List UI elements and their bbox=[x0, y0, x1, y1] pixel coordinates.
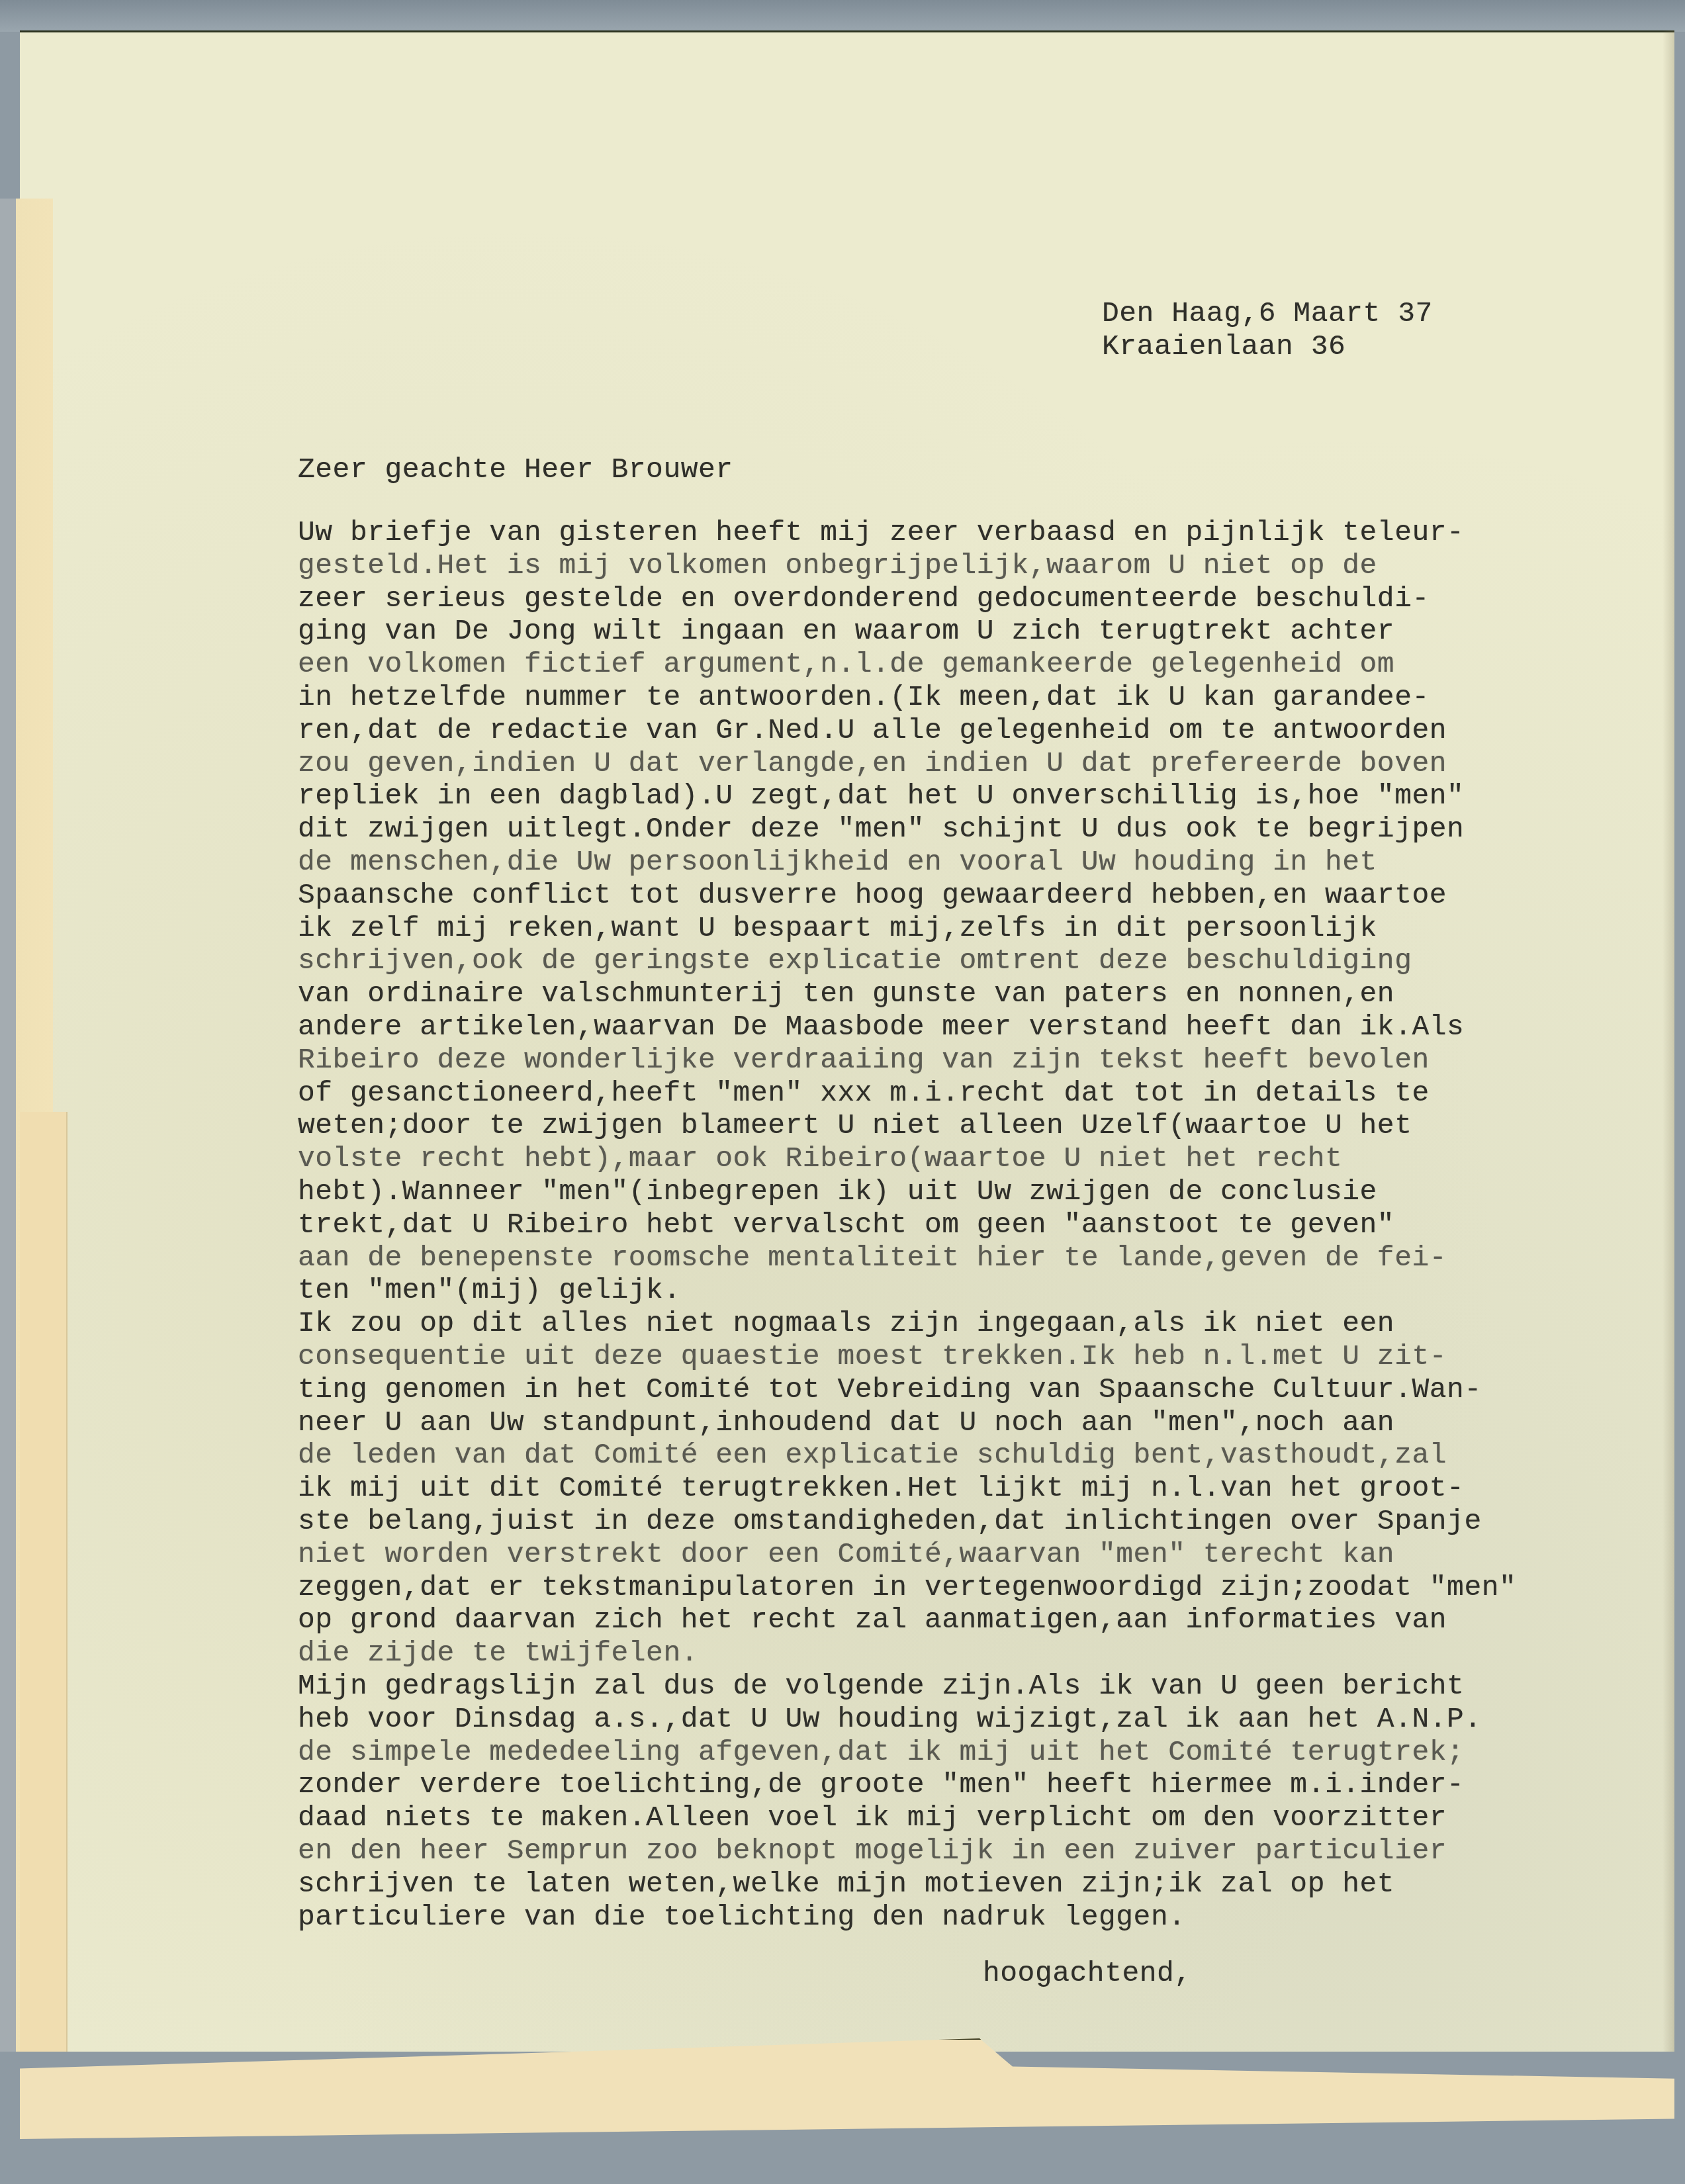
body-line: de menschen,die Uw persoonlijkheid en vo… bbox=[298, 848, 1377, 876]
body-line: repliek in een dagblad).U zegt,dat het U… bbox=[298, 782, 1464, 810]
place-date: Den Haag,6 Maart 37 bbox=[1102, 299, 1433, 328]
body-line: Ribeiro deze wonderlijke verdraaiing van… bbox=[298, 1046, 1430, 1074]
salutation: Zeer geachte Heer Brouwer bbox=[298, 455, 733, 484]
body-line: of gesanctioneerd,heeft "men" xxx m.i.re… bbox=[298, 1079, 1430, 1107]
body-line: zou geven,indien U dat verlangde,en indi… bbox=[298, 749, 1447, 778]
body-line: ste belang,juist in deze omstandigheden,… bbox=[298, 1507, 1482, 1535]
body-line: ren,dat de redactie van Gr.Ned.U alle ge… bbox=[298, 716, 1447, 745]
body-line: aan de benepenste roomsche mentaliteit h… bbox=[298, 1244, 1447, 1272]
body-line: andere artikelen,waarvan De Maasbode mee… bbox=[298, 1013, 1464, 1041]
body-line: zeer serieus gestelde en overdonderend g… bbox=[298, 584, 1430, 613]
body-line: daad niets te maken.Alleen voel ik mij v… bbox=[298, 1803, 1447, 1832]
body-line: niet worden verstrekt door een Comité,wa… bbox=[298, 1540, 1394, 1569]
body-line: zeggen,dat er tekstmanipulatoren in vert… bbox=[298, 1573, 1516, 1602]
body-line: ging van De Jong wilt ingaan en waarom U… bbox=[298, 617, 1394, 645]
body-line: hebt).Wanneer "men"(inbegrepen ik) uit U… bbox=[298, 1177, 1377, 1206]
body-line: dit zwijgen uitlegt.Onder deze "men" sch… bbox=[298, 815, 1464, 843]
body-line: ik mij uit dit Comité terugtrekken.Het l… bbox=[298, 1474, 1464, 1502]
body-line: schrijven te laten weten,welke mijn moti… bbox=[298, 1870, 1394, 1898]
body-line: op grond daarvan zich het recht zal aanm… bbox=[298, 1606, 1447, 1634]
body-line: ten "men"(mij) gelijk. bbox=[298, 1276, 681, 1304]
scan-backing-top bbox=[0, 0, 1685, 32]
body-line: en den heer Semprun zoo beknopt mogelijk… bbox=[298, 1837, 1447, 1865]
body-line: trekt,dat U Ribeiro hebt vervalscht om g… bbox=[298, 1210, 1394, 1239]
body-line: Ik zou op dit alles niet nogmaals zijn i… bbox=[298, 1309, 1394, 1338]
body-line: ik zelf mij reken,want U bespaart mij,ze… bbox=[298, 914, 1377, 942]
body-line: neer U aan Uw standpunt,inhoudend dat U … bbox=[298, 1408, 1394, 1437]
sender-address: Kraaienlaan 36 bbox=[1102, 332, 1345, 361]
body-line: Uw briefje van gisteren heeft mij zeer v… bbox=[298, 518, 1464, 547]
body-line: van ordinaire valschmunterij ten gunste … bbox=[298, 979, 1394, 1008]
body-line: gesteld.Het is mij volkomen onbegrijpeli… bbox=[298, 551, 1377, 580]
body-line: een volkomen fictief argument,n.l.de gem… bbox=[298, 650, 1394, 678]
body-line: Mijn gedragslijn zal dus de volgende zij… bbox=[298, 1672, 1464, 1700]
body-line: Spaansche conflict tot dusverre hoog gew… bbox=[298, 881, 1447, 909]
body-line: schrijven,ook de geringste explicatie om… bbox=[298, 946, 1412, 975]
body-line: weten;door te zwijgen blameert U niet al… bbox=[298, 1111, 1412, 1140]
body-line: in hetzelfde nummer te antwoorden.(Ik me… bbox=[298, 683, 1430, 711]
body-line: de leden van dat Comité een explicatie s… bbox=[298, 1441, 1447, 1469]
body-line: particuliere van die toelichting den nad… bbox=[298, 1903, 1186, 1931]
folded-left-edge-lower bbox=[20, 1112, 68, 2158]
body-line: die zijde te twijfelen. bbox=[298, 1639, 698, 1667]
closing: hoogachtend, bbox=[983, 1959, 1192, 1987]
body-line: ting genomen in het Comité tot Vebreidin… bbox=[298, 1375, 1482, 1404]
page-edge-shadow bbox=[1662, 30, 1674, 2135]
body-line: de simpele mededeeling afgeven,dat ik mi… bbox=[298, 1738, 1464, 1766]
body-line: zonder verdere toelichting,de groote "me… bbox=[298, 1770, 1464, 1799]
body-line: volste recht hebt),maar ook Ribeiro(waar… bbox=[298, 1144, 1342, 1173]
body-line: consequentie uit deze quaestie moest tre… bbox=[298, 1342, 1447, 1371]
body-line: heb voor Dinsdag a.s.,dat U Uw houding w… bbox=[298, 1705, 1482, 1733]
